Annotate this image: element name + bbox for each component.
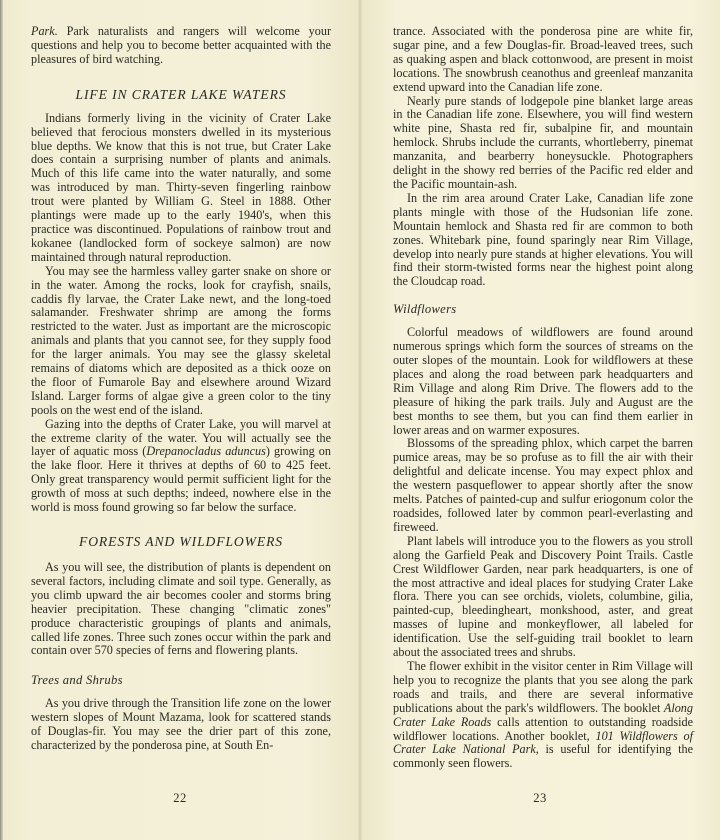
paragraph-trees: As you drive through the Transition life… xyxy=(31,697,331,753)
paragraph-wildflowers-3: Plant labels will introduce you to the f… xyxy=(393,535,693,660)
paragraph-forests: As you will see, the distribution of pla… xyxy=(31,561,331,658)
book-gutter xyxy=(358,0,362,840)
page-number-right: 23 xyxy=(360,791,720,806)
subheading-trees: Trees and Shrubs xyxy=(31,673,331,688)
opening-text: Park naturalists and rangers will welcom… xyxy=(31,24,331,66)
paragraph-wildflowers-1: Colorful meadows of wildflowers are foun… xyxy=(393,326,693,437)
paragraph-wildflowers-2: Blossoms of the spreading phlox, which c… xyxy=(393,437,693,534)
book-spread: Park. Park naturalists and rangers will … xyxy=(0,0,720,840)
subheading-wildflowers: Wildflowers xyxy=(393,302,693,317)
opening-paragraph: Park. Park naturalists and rangers will … xyxy=(31,25,331,67)
page-23: trance. Associated with the ponderosa pi… xyxy=(360,0,720,840)
paragraph-trees-cont-3: In the rim area around Crater Lake, Cana… xyxy=(393,192,693,289)
paragraph-trees-cont-1: trance. Associated with the ponderosa pi… xyxy=(393,25,693,95)
paragraph-wildflowers-4: The flower exhibit in the visitor center… xyxy=(393,660,693,771)
paragraph-life-2: You may see the harmless valley garter s… xyxy=(31,265,331,418)
moss-species: Drepanocladus aduncus xyxy=(146,444,265,458)
paragraph-moss: Gazing into the depths of Crater Lake, y… xyxy=(31,418,331,515)
final-text-1: The flower exhibit in the visitor center… xyxy=(393,659,693,715)
page-22: Park. Park naturalists and rangers will … xyxy=(0,0,360,840)
page-number-left: 22 xyxy=(0,791,360,806)
paragraph-trees-cont-2: Nearly pure stands of lodgepole pine bla… xyxy=(393,95,693,192)
opening-lead: Park. xyxy=(31,24,58,38)
section-heading-life: LIFE IN CRATER LAKE WATERS xyxy=(31,87,331,103)
section-heading-forests: FORESTS AND WILDFLOWERS xyxy=(31,534,331,550)
paragraph-life-1: Indians formerly living in the vicinity … xyxy=(31,112,331,265)
